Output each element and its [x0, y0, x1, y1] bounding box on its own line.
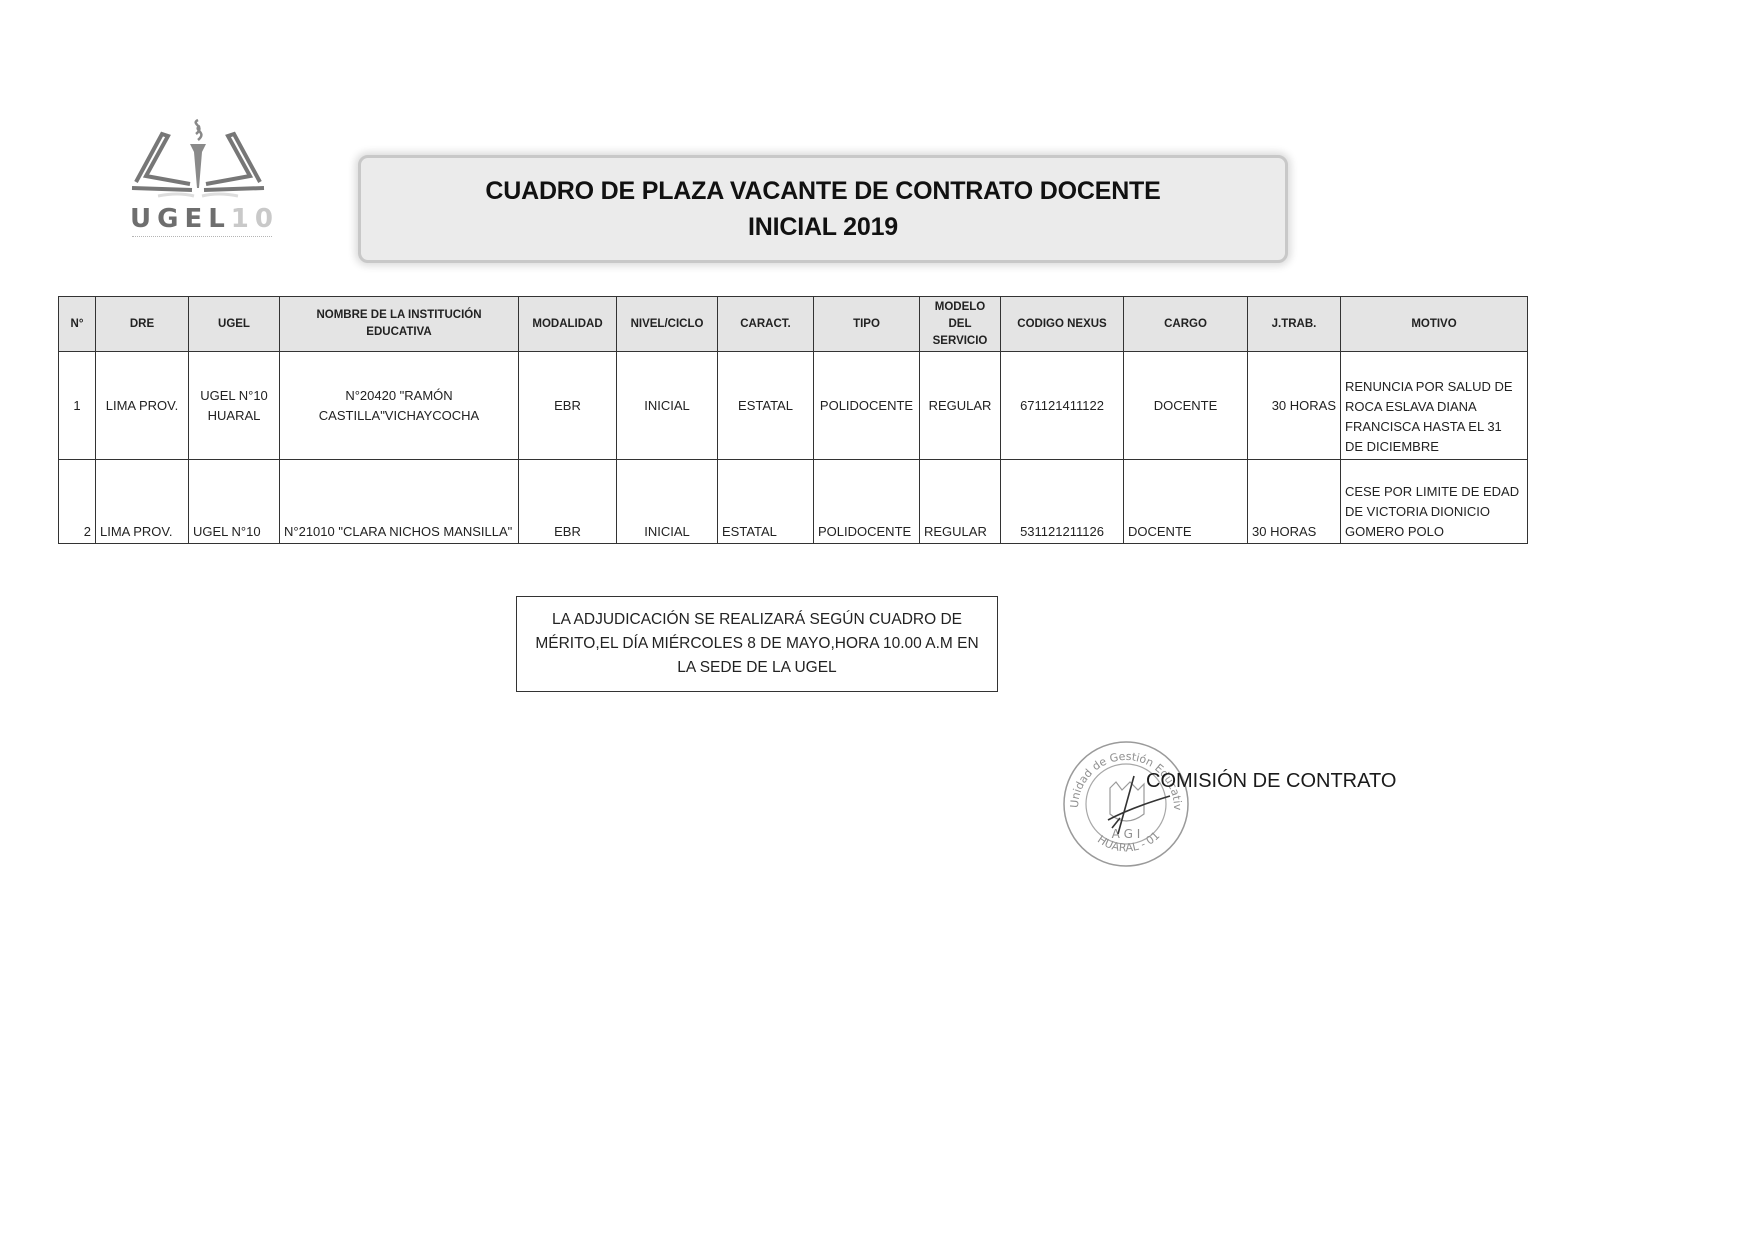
table-row: 2 LIMA PROV. UGEL N°10 N°21010 "CLARA NI… [59, 460, 1528, 544]
signature-label: COMISIÓN DE CONTRATO [1146, 770, 1396, 793]
cell-dre: LIMA PROV. [96, 460, 189, 544]
ugel-logo: UGEL10 [118, 112, 278, 242]
table-row: 1 LIMA PROV. UGEL N°10 HUARAL N°20420 "R… [59, 352, 1528, 460]
header-n: N° [59, 297, 96, 352]
page-subtitle: INICIAL 2019 [748, 209, 898, 245]
cell-ugel: UGEL N°10 HUARAL [189, 352, 280, 460]
table-header-row: N° DRE UGEL NOMBRE DE LA INSTITUCIÓN EDU… [59, 297, 1528, 352]
cell-cargo: DOCENTE [1124, 352, 1248, 460]
logo-text: UGEL10 [130, 204, 279, 234]
notice-line-1: LA ADJUDICACIÓN SE REALIZARÁ SEGÚN CUADR… [552, 608, 962, 632]
official-seal-icon: Unidad de Gestión Educativa Local N° 10 … [1060, 738, 1192, 870]
title-banner: CUADRO DE PLAZA VACANTE DE CONTRATO DOCE… [358, 155, 1288, 263]
page-title: CUADRO DE PLAZA VACANTE DE CONTRATO DOCE… [485, 173, 1160, 209]
cell-dre: LIMA PROV. [96, 352, 189, 460]
header-caract: CARACT. [718, 297, 814, 352]
header-modelo: MODELO DEL SERVICIO [920, 297, 1001, 352]
cell-n: 1 [59, 352, 96, 460]
cell-jtrab: 30 HORAS [1248, 460, 1341, 544]
cell-n: 2 [59, 460, 96, 544]
cell-institucion: N°21010 "CLARA NICHOS MANSILLA" [280, 460, 519, 544]
cell-modelo: REGULAR [920, 352, 1001, 460]
header-cargo: CARGO [1124, 297, 1248, 352]
notice-line-3: LA SEDE DE LA UGEL [677, 656, 836, 680]
cell-caract: ESTATAL [718, 460, 814, 544]
svg-text:A G I: A G I [1112, 827, 1141, 841]
logo-subtitle-line [132, 236, 272, 239]
cell-tipo: POLIDOCENTE [814, 460, 920, 544]
cell-modalidad: EBR [519, 352, 617, 460]
adjudication-notice: LA ADJUDICACIÓN SE REALIZARÁ SEGÚN CUADR… [516, 596, 998, 692]
header-institucion: NOMBRE DE LA INSTITUCIÓN EDUCATIVA [280, 297, 519, 352]
cell-nivel: INICIAL [617, 460, 718, 544]
cell-tipo: POLIDOCENTE [814, 352, 920, 460]
cell-institucion: N°20420 "RAMÓN CASTILLA"VICHAYCOCHA [280, 352, 519, 460]
notice-line-2: MÉRITO,EL DÍA MIÉRCOLES 8 DE MAYO,HORA 1… [535, 632, 978, 656]
header-jtrab: J.TRAB. [1248, 297, 1341, 352]
header-nivel: NIVEL/CICLO [617, 297, 718, 352]
cell-jtrab: 30 HORAS [1248, 352, 1341, 460]
cell-cargo: DOCENTE [1124, 460, 1248, 544]
cell-nivel: INICIAL [617, 352, 718, 460]
header-ugel: UGEL [189, 297, 280, 352]
book-torch-icon [128, 112, 268, 202]
vacancy-table: N° DRE UGEL NOMBRE DE LA INSTITUCIÓN EDU… [58, 296, 1528, 544]
cell-caract: ESTATAL [718, 352, 814, 460]
cell-ugel: UGEL N°10 [189, 460, 280, 544]
cell-motivo: RENUNCIA POR SALUD DE ROCA ESLAVA DIANA … [1341, 352, 1528, 460]
header-dre: DRE [96, 297, 189, 352]
cell-modelo: REGULAR [920, 460, 1001, 544]
cell-codigo: 531121211126 [1001, 460, 1124, 544]
cell-motivo: CESE POR LIMITE DE EDAD DE VICTORIA DION… [1341, 460, 1528, 544]
header-tipo: TIPO [814, 297, 920, 352]
header-codigo: CODIGO NEXUS [1001, 297, 1124, 352]
header-modalidad: MODALIDAD [519, 297, 617, 352]
header-motivo: MOTIVO [1341, 297, 1528, 352]
cell-modalidad: EBR [519, 460, 617, 544]
cell-codigo: 671121411122 [1001, 352, 1124, 460]
